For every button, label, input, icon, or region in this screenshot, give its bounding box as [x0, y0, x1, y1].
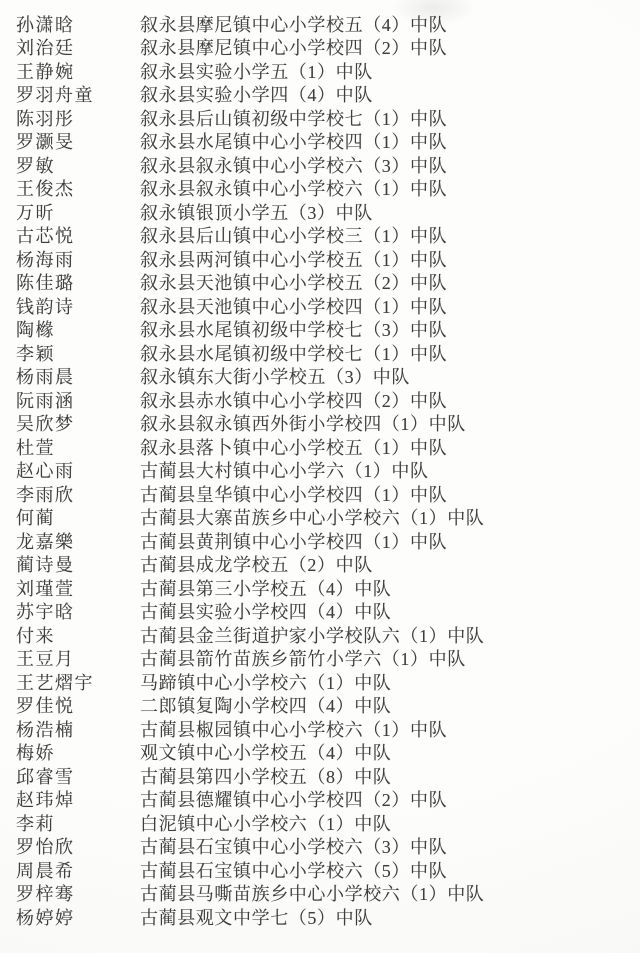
student-name: 吴欣梦: [16, 410, 140, 436]
student-name: 孙潇晗: [16, 11, 140, 37]
student-name: 杨海雨: [16, 246, 140, 272]
student-name: 蔺诗曼: [16, 551, 140, 577]
roster-row: 陶橼 叙永县水尾镇初级中学校七（3）中队: [16, 318, 632, 342]
school-unit: 古蔺县椒园镇中心小学校六（1）中队: [140, 716, 632, 742]
school-unit: 叙永县叙永镇中心小学校六（3）中队: [140, 152, 632, 178]
student-name: 陶橼: [16, 316, 140, 342]
roster-row: 吴欣梦 叙永县叙永镇西外街小学校四（1）中队: [16, 412, 632, 436]
student-name: 王豆月: [16, 645, 140, 671]
roster-row: 李莉 白泥镇中心小学校六（1）中队: [16, 811, 632, 835]
student-name: 罗敏: [16, 152, 140, 178]
student-name: 付来: [16, 622, 140, 648]
school-unit: 古蔺县德耀镇中心小学校四（2）中队: [140, 786, 632, 812]
roster-row: 龙嘉樂 古蔺县黄荆镇中心小学校四（1）中队: [16, 529, 632, 553]
school-unit: 马蹄镇中心小学校六（1）中队: [140, 669, 632, 695]
student-name: 李颖: [16, 340, 140, 366]
roster-row: 周晨希 古蔺县石宝镇中心小学校六（5）中队: [16, 858, 632, 882]
student-name: 刘治廷: [16, 34, 140, 60]
roster-row: 邱睿雪 古蔺县第四小学校五（8）中队: [16, 764, 632, 788]
student-name: 苏宇晗: [16, 598, 140, 624]
roster-row: 刘治廷 叙永县摩尼镇中心小学校四（2）中队: [16, 36, 632, 60]
school-unit: 叙永县叙永镇中心小学校六（1）中队: [140, 175, 632, 201]
school-unit: 古蔺县大寨苗族乡中心小学校六（1）中队: [140, 504, 632, 530]
school-unit: 叙永县实验小学五（1）中队: [140, 58, 632, 84]
school-unit: 观文镇中心小学校五（4）中队: [140, 739, 632, 765]
student-name: 周晨希: [16, 857, 140, 883]
student-name: 邱睿雪: [16, 763, 140, 789]
student-name: 陈羽彤: [16, 105, 140, 131]
school-unit: 叙永县天池镇中心小学校五（2）中队: [140, 269, 632, 295]
roster-row: 杜萱 叙永县落卜镇中心小学校五（1）中队: [16, 435, 632, 459]
roster-row: 蔺诗曼 古蔺县成龙学校五（2）中队: [16, 553, 632, 577]
student-name: 赵心雨: [16, 457, 140, 483]
roster-row: 钱韵诗 叙永县天池镇中心小学校四（1）中队: [16, 294, 632, 318]
roster-row: 孙潇晗 叙永县摩尼镇中心小学校五（4）中队: [16, 12, 632, 36]
student-name: 杨雨晨: [16, 363, 140, 389]
school-unit: 古蔺县成龙学校五（2）中队: [140, 551, 632, 577]
school-unit: 叙永县水尾镇中心小学校四（1）中队: [140, 128, 632, 154]
roster-row: 阮雨涵 叙永县赤水镇中心小学校四（2）中队: [16, 388, 632, 412]
school-unit: 古蔺县观文中学七（5）中队: [140, 904, 632, 930]
school-unit: 叙永县水尾镇初级中学校七（1）中队: [140, 340, 632, 366]
document-page: 孙潇晗 叙永县摩尼镇中心小学校五（4）中队 刘治廷 叙永县摩尼镇中心小学校四（2…: [0, 0, 640, 953]
roster-row: 杨海雨 叙永县两河镇中心小学校五（1）中队: [16, 247, 632, 271]
roster-row: 梅娇 观文镇中心小学校五（4）中队: [16, 741, 632, 765]
student-name: 王俊杰: [16, 175, 140, 201]
roster-row: 付来 古蔺县金兰街道护家小学校队六（1）中队: [16, 623, 632, 647]
school-unit: 叙永县天池镇中心小学校四（1）中队: [140, 293, 632, 319]
student-name: 刘瑾萱: [16, 575, 140, 601]
roster-row: 赵玮焯 古蔺县德耀镇中心小学校四（2）中队: [16, 788, 632, 812]
roster-row: 罗羽舟童 叙永县实验小学四（4）中队: [16, 83, 632, 107]
school-unit: 叙永县后山镇初级中学校七（1）中队: [140, 105, 632, 131]
student-name: 何蔺: [16, 504, 140, 530]
roster-row: 王豆月 古蔺县箭竹苗族乡箭竹小学六（1）中队: [16, 647, 632, 671]
school-unit: 古蔺县箭竹苗族乡箭竹小学六（1）中队: [140, 645, 632, 671]
school-unit: 二郎镇复陶小学校四（4）中队: [140, 692, 632, 718]
roster-row: 苏宇晗 古蔺县实验小学校四（4）中队: [16, 600, 632, 624]
school-unit: 叙永县后山镇中心小学校三（1）中队: [140, 222, 632, 248]
school-unit: 古蔺县第四小学校五（8）中队: [140, 763, 632, 789]
school-unit: 叙永县实验小学四（4）中队: [140, 81, 632, 107]
student-name: 梅娇: [16, 739, 140, 765]
student-name: 龙嘉樂: [16, 528, 140, 554]
school-unit: 叙永镇东大街小学校五（3）中队: [140, 363, 632, 389]
school-unit: 古蔺县石宝镇中心小学校六（3）中队: [140, 833, 632, 859]
roster-row: 王艺熠宇 马蹄镇中心小学校六（1）中队: [16, 670, 632, 694]
student-name: 陈佳璐: [16, 269, 140, 295]
roster-row: 罗梓骞 古蔺县马嘶苗族乡中心小学校六（1）中队: [16, 882, 632, 906]
school-unit: 古蔺县皇华镇中心小学校四（1）中队: [140, 481, 632, 507]
student-name: 万昕: [16, 199, 140, 225]
student-name: 王艺熠宇: [16, 669, 140, 695]
school-unit: 叙永县摩尼镇中心小学校五（4）中队: [140, 11, 632, 37]
student-name: 古芯悦: [16, 222, 140, 248]
school-unit: 古蔺县大村镇中心小学六（1）中队: [140, 457, 632, 483]
school-unit: 古蔺县金兰街道护家小学校队六（1）中队: [140, 622, 632, 648]
school-unit: 叙永县赤水镇中心小学校四（2）中队: [140, 387, 632, 413]
roster-row: 李雨欣 古蔺县皇华镇中心小学校四（1）中队: [16, 482, 632, 506]
roster-row: 陈羽彤 叙永县后山镇初级中学校七（1）中队: [16, 106, 632, 130]
roster-row: 万昕 叙永镇银顶小学五（3）中队: [16, 200, 632, 224]
roster-row: 杨婷婷 古蔺县观文中学七（5）中队: [16, 905, 632, 929]
student-name: 杨浩楠: [16, 716, 140, 742]
roster-row: 陈佳璐 叙永县天池镇中心小学校五（2）中队: [16, 271, 632, 295]
roster-row: 古芯悦 叙永县后山镇中心小学校三（1）中队: [16, 224, 632, 248]
student-name: 钱韵诗: [16, 293, 140, 319]
school-unit: 古蔺县石宝镇中心小学校六（5）中队: [140, 857, 632, 883]
school-unit: 叙永镇银顶小学五（3）中队: [140, 199, 632, 225]
school-unit: 叙永县摩尼镇中心小学校四（2）中队: [140, 34, 632, 60]
roster-row: 罗敏 叙永县叙永镇中心小学校六（3）中队: [16, 153, 632, 177]
school-unit: 古蔺县实验小学校四（4）中队: [140, 598, 632, 624]
student-name: 罗怡欣: [16, 833, 140, 859]
student-name: 李雨欣: [16, 481, 140, 507]
roster-row: 罗佳悦 二郎镇复陶小学校四（4）中队: [16, 694, 632, 718]
school-unit: 白泥镇中心小学校六（1）中队: [140, 810, 632, 836]
school-unit: 古蔺县马嘶苗族乡中心小学校六（1）中队: [140, 880, 632, 906]
roster-row: 罗灏旻 叙永县水尾镇中心小学校四（1）中队: [16, 130, 632, 154]
student-name: 杨婷婷: [16, 904, 140, 930]
student-name: 阮雨涵: [16, 387, 140, 413]
roster-row: 杨浩楠 古蔺县椒园镇中心小学校六（1）中队: [16, 717, 632, 741]
school-unit: 叙永县水尾镇初级中学校七（3）中队: [140, 316, 632, 342]
roster-row: 王俊杰 叙永县叙永镇中心小学校六（1）中队: [16, 177, 632, 201]
school-unit: 叙永县两河镇中心小学校五（1）中队: [140, 246, 632, 272]
student-name: 赵玮焯: [16, 786, 140, 812]
student-name: 王静婉: [16, 58, 140, 84]
school-unit: 叙永县落卜镇中心小学校五（1）中队: [140, 434, 632, 460]
roster-row: 赵心雨 古蔺县大村镇中心小学六（1）中队: [16, 459, 632, 483]
roster-row: 杨雨晨 叙永镇东大街小学校五（3）中队: [16, 365, 632, 389]
student-name: 李莉: [16, 810, 140, 836]
student-name: 罗羽舟童: [16, 81, 140, 107]
roster-list: 孙潇晗 叙永县摩尼镇中心小学校五（4）中队 刘治廷 叙永县摩尼镇中心小学校四（2…: [16, 12, 632, 929]
roster-row: 何蔺 古蔺县大寨苗族乡中心小学校六（1）中队: [16, 506, 632, 530]
roster-row: 罗怡欣 古蔺县石宝镇中心小学校六（3）中队: [16, 835, 632, 859]
student-name: 罗佳悦: [16, 692, 140, 718]
school-unit: 叙永县叙永镇西外街小学校四（1）中队: [140, 410, 632, 436]
school-unit: 古蔺县第三小学校五（4）中队: [140, 575, 632, 601]
student-name: 杜萱: [16, 434, 140, 460]
roster-row: 刘瑾萱 古蔺县第三小学校五（4）中队: [16, 576, 632, 600]
roster-row: 王静婉 叙永县实验小学五（1）中队: [16, 59, 632, 83]
roster-row: 李颖 叙永县水尾镇初级中学校七（1）中队: [16, 341, 632, 365]
student-name: 罗梓骞: [16, 880, 140, 906]
school-unit: 古蔺县黄荆镇中心小学校四（1）中队: [140, 528, 632, 554]
student-name: 罗灏旻: [16, 128, 140, 154]
